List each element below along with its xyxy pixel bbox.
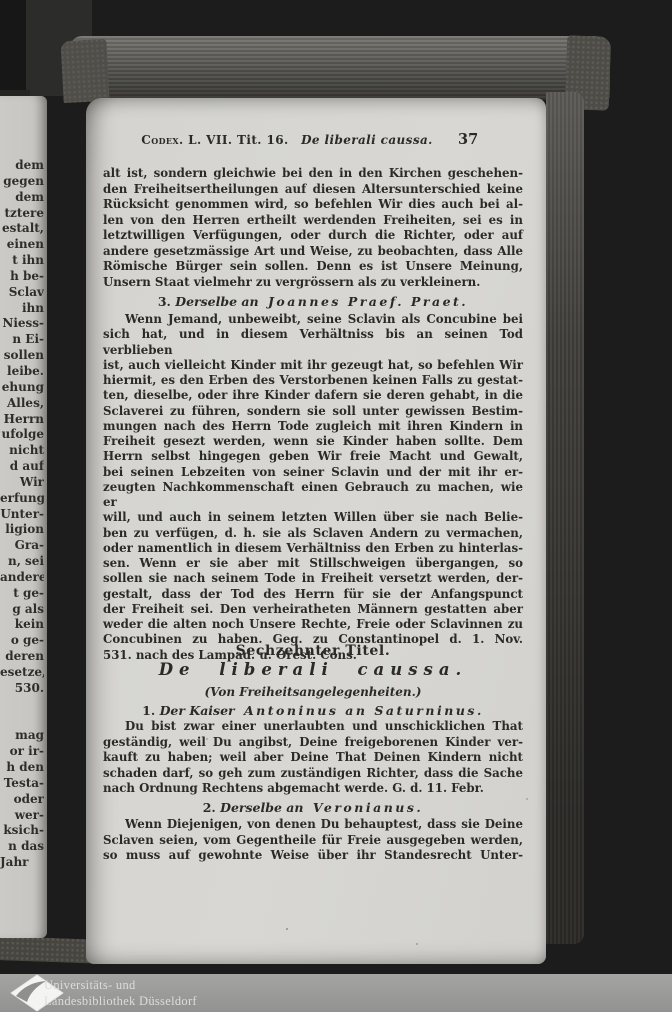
text-line: ksich- <box>0 823 44 839</box>
paragraph-law-3: Wenn Jemand, unbeweibt, seine Sclavin al… <box>103 312 523 663</box>
paragraph-continuation: alt ist, sondern gleichwie bei den in de… <box>103 166 523 290</box>
header-title: De liberali caussa. <box>301 133 433 147</box>
text-line: hiermit, es den Erben des Verstorbenen k… <box>103 373 523 388</box>
text-line: n Ei- <box>0 332 44 348</box>
heading-lead: Der Kaiser <box>160 703 235 718</box>
library-name-line2: Landesbibliothek Düsseldorf <box>44 993 197 1009</box>
text-line: kein <box>0 617 44 633</box>
text-line: andere <box>0 570 44 586</box>
text-line: tztere <box>0 206 44 222</box>
subsection-heading-3: 3. Derselbe an Joannes Praef. Praet. <box>103 294 523 309</box>
text-line: mungen nach des Herrn Tode zugleich mit … <box>103 419 523 434</box>
text-line: Du bist zwar einer unerlaubten und unsch… <box>103 719 523 735</box>
section-title: Sechzehnter Titel. <box>103 643 523 659</box>
header-codex: Codex. <box>141 133 183 147</box>
text-line: nicht <box>0 443 44 459</box>
text-line: 530. <box>0 681 44 697</box>
text-line: d auf <box>0 459 44 475</box>
text-line: dem <box>0 190 44 206</box>
text-line: erfung <box>0 491 44 507</box>
text-line: estalt, <box>0 221 44 237</box>
text-line: gegen <box>0 174 44 190</box>
text-line: Herrn selbst hingegen geben Wir freie Ma… <box>103 449 523 464</box>
text-line: Jahr <box>0 855 44 871</box>
text-line: andere gesetzmässige Art und Weise, zu b… <box>103 244 523 260</box>
paragraph-law-1: Du bist zwar einer unerlaubten und unsch… <box>103 719 523 797</box>
library-name-line1: Universitäts- und <box>44 977 197 993</box>
text-line: wer- <box>0 808 44 824</box>
text-line: bei seinen Lebzeiten von seiner Sclavin … <box>103 465 523 480</box>
text-line: Gra- <box>0 538 44 554</box>
text-line: o ge- <box>0 633 44 649</box>
paper-specks <box>86 98 88 100</box>
library-name: Universitäts- und Landesbibliothek Düsse… <box>44 977 197 1009</box>
text-line: geständig, weil Du angibst, Deine freige… <box>103 735 523 751</box>
library-watermark-banner: Universitäts- und Landesbibliothek Düsse… <box>0 974 672 1012</box>
text-line: ist, auch vielleicht Kinder mit ihr geze… <box>103 358 523 373</box>
text-line: g als <box>0 602 44 618</box>
text-line: h den <box>0 760 44 776</box>
text-line: Freiheit gesezt werden, wenn sie Kinder … <box>103 434 523 449</box>
text-line: sen. Wenn er sie aber mit Stillschweigen… <box>103 556 523 571</box>
text-line: sich hat, und in diesem Verhältniss bis … <box>103 327 523 358</box>
text-line: der Freiheit sei. Den verheiratheten Män… <box>103 602 523 617</box>
text-line: schaden darf, so geh zum zuständigen Ric… <box>103 766 523 782</box>
text-line: sollen <box>0 348 44 364</box>
heading-number: 1. <box>142 703 155 718</box>
heading-number: 3. <box>158 294 171 309</box>
text-line: Wir <box>0 475 44 491</box>
text-line: len von den Herren ertheilt werdenden Fr… <box>103 213 523 229</box>
text-line: oder namentlich in diesem Verhältniss de… <box>103 541 523 556</box>
header-reference: L. VII. Tit. 16. <box>188 133 288 147</box>
text-line: ihn <box>0 301 44 317</box>
text-line: Wenn Jemand, unbeweibt, seine Sclavin al… <box>103 312 523 327</box>
heading-number: 2. <box>203 800 216 815</box>
facing-page-text-fragments: demgegendemtztereestalt,einent ihnh be-S… <box>0 158 44 871</box>
text-line: will, und auch in seinem letzten Willen … <box>103 510 523 525</box>
book-top-edge <box>70 36 610 100</box>
heading-name: Antoninus an Saturninus. <box>244 703 484 718</box>
text-line: Sclaverei zu führen, sondern sie soll un… <box>103 404 523 419</box>
text-line: esetze, <box>0 665 44 681</box>
binding-corner-left <box>60 39 109 103</box>
text-line: weder die alten noch Unsere Rechte, Frei… <box>103 617 523 632</box>
heading-lead: Derselbe an <box>220 800 303 815</box>
text-line: Wenn Diejenigen, von denen Du behauptest… <box>103 817 523 833</box>
text-line <box>0 697 44 713</box>
subsection-heading-2: 2. Derselbe an Veronianus. <box>103 800 523 815</box>
text-line: nach Ordnung Rechtens abgemacht werde. G… <box>103 781 523 797</box>
page-number: 37 <box>458 131 478 148</box>
text-line: n, sei <box>0 554 44 570</box>
text-line: zeugten Nachkommenschaft einen Gebrauch … <box>103 480 523 511</box>
book-scan-viewport: demgegendemtztereestalt,einent ihnh be-S… <box>0 0 672 1012</box>
section-latin-title: De liberali caussa. <box>103 660 523 679</box>
text-line: gestalt, dass der Tod des Herrn für sie … <box>103 587 523 602</box>
heading-name: Veronianus. <box>313 800 423 815</box>
text-line: Unter- <box>0 507 44 523</box>
running-header: Codex. L. VII. Tit. 16. De liberali caus… <box>132 133 442 147</box>
text-line: or ir- <box>0 744 44 760</box>
text-line: den Freiheitsertheilungen auf diesen Alt… <box>103 182 523 198</box>
text-line <box>0 713 44 729</box>
subsection-heading-1: 1. Der Kaiser Antoninus an Saturninus. <box>103 703 523 718</box>
text-line: so muss auf gewohnte Weise über ihr Stan… <box>103 848 523 864</box>
text-line: Niess- <box>0 316 44 332</box>
text-line: Römische Bürger sein sollen. Denn es ist… <box>103 259 523 275</box>
text-line: sollen sie nach seinem Tode in Freiheit … <box>103 571 523 586</box>
scanned-page: Codex. L. VII. Tit. 16. De liberali caus… <box>86 98 546 964</box>
text-line: oder <box>0 792 44 808</box>
text-line: Herrn <box>0 412 44 428</box>
text-line: ehung <box>0 380 44 396</box>
text-line: t ihn <box>0 253 44 269</box>
text-line: mag <box>0 728 44 744</box>
text-line: alt ist, sondern gleichwie bei den in de… <box>103 166 523 182</box>
text-line: h be- <box>0 269 44 285</box>
paragraph-law-2: Wenn Diejenigen, von denen Du behauptest… <box>103 817 523 864</box>
text-line: Testa- <box>0 776 44 792</box>
text-line: Alles, <box>0 396 44 412</box>
text-line: kauft zu haben; weil aber Deine That Dei… <box>103 750 523 766</box>
text-line: ligion <box>0 522 44 538</box>
text-line: leibe. <box>0 364 44 380</box>
text-line: Rücksicht genommen wird, so befehlen Wir… <box>103 197 523 213</box>
text-line: Sclaven seien, vom Gegentheile für Freie… <box>103 833 523 849</box>
text-line: Sclav <box>0 285 44 301</box>
text-line: einen <box>0 237 44 253</box>
text-line: ufolge <box>0 427 44 443</box>
text-line: dem <box>0 158 44 174</box>
text-line: n das <box>0 839 44 855</box>
text-line: t ge- <box>0 586 44 602</box>
heading-name: Joannes Praef. Praet. <box>268 294 468 309</box>
section-subtitle: (Von Freiheitsangelegenheiten.) <box>103 685 523 699</box>
text-line: letztwilligen Verfügungen, oder durch di… <box>103 228 523 244</box>
heading-lead: Derselbe an <box>175 294 258 309</box>
text-line: ben zu verfügen, d. h. sie als Sclaven A… <box>103 526 523 541</box>
text-line: deren <box>0 649 44 665</box>
book-fore-edge <box>546 92 584 944</box>
text-line: ten, dieselbe, oder ihre Kinder dafern s… <box>103 388 523 403</box>
text-line: Unsern Staat vielmehr zu vergrössern als… <box>103 275 523 291</box>
